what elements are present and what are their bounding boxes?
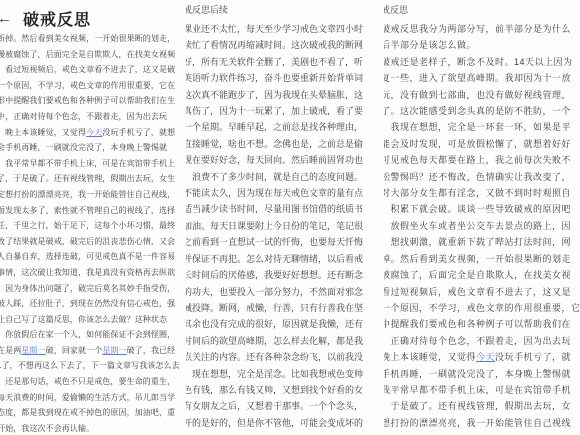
text-line: ，浪费不了多少时间，就是自己的态度问题。 [186, 169, 374, 185]
text-segment: 续忙了看情况再缩减时间。这次破戒我的断网 [186, 40, 363, 50]
text-segment: 现在要好好念，每天回向。然后睡前固肾功也 [186, 155, 363, 165]
text-line: 我平常早都不带手机上床，可是在宾馆带手机 [384, 382, 580, 398]
text-segment: 点关注的内容。还有各种杂念纷飞，以前我没 [186, 352, 363, 362]
text-segment: ，积累下就会破。谈谈一些导致破戒的原因吧 [384, 204, 571, 214]
text-line: 看过短视频后，戒色文章看不进去了，这又是 [384, 284, 580, 300]
text-segment: 1了，不想再这么下去了，下一篇文章写我该怎么去 [0, 361, 180, 370]
date-link[interactable]: 今天 [476, 352, 495, 362]
note-title: 破戒反思 [23, 7, 91, 30]
text-segment: 。还是那句话，戒色不只是戒色，要生命的重生， [0, 377, 175, 386]
text-line: 后半部分是该怎么做。 [384, 37, 580, 53]
text-line: ，晚上本该睡觉，又觉得今天没玩手机亏了，就想 [0, 125, 181, 141]
text-segment: 松警惕吗？还不悔改，色情确实让我改变了， [384, 172, 571, 182]
text-segment: 每天浪费的时间，爱偷懒的生活方式，吊儿郎当学 [0, 393, 175, 402]
text-line: 了。这次能感受到念头真的是防不胜防，一个 [384, 103, 580, 119]
back-arrow-icon[interactable]: ← [0, 10, 12, 28]
text-segment: 晚上本该睡觉，又觉得 [384, 352, 476, 362]
text-segment: ，浪费不了多少时间，就是自己的态度问题。 [186, 172, 363, 182]
text-segment: 被腐蚀了，后面完全是自欺欺人，在找美女视 [384, 270, 571, 280]
date-link[interactable]: 今天 [86, 128, 102, 137]
text-segment: 直接睡觉，啥也不想。念佛也是，之前总是偷 [186, 139, 363, 149]
text-line: 人自暴自弃，选择连破，可见戒色真不是一件容易 [0, 249, 181, 265]
text-segment: 态度，都是我到现在戒不掉色的原因，加油吧，重 [0, 408, 175, 417]
text-segment: 一个星期。早睡早起，之前总是找各种理由， [186, 122, 363, 132]
text-line: 加油。每天日课要附上今日份的笔记，笔记很 [186, 218, 374, 234]
text-segment: 在是两 [0, 346, 21, 355]
note-page-reflection: 戒反思 破戒反思我分为两部分写，前半部分是为什么后半部分是该怎么做。破戒还是老样… [384, 0, 580, 435]
text-segment: 破戒还是老样子，断念不及时。14天以上因为 [384, 57, 573, 67]
date-link[interactable]: 星期一 [102, 346, 126, 355]
text-line: 定想打扮的漂漂亮亮，我一开始能管住自己视线， [0, 187, 181, 203]
text-line: 课业还不太忙，每天至少学习戒色文章四小时 [186, 21, 374, 37]
note-page-current: ← 破戒反思 断掉。然后看到美女视频，一开始很果断的划走，慢被腐蚀了，后面完全是… [0, 0, 181, 435]
text-segment: 事情，这次破让我知道，我是真没有资格再去纵欲 [0, 268, 175, 277]
text-segment: 致了结果就是破戒，破完后的沮丧悲伤心情，又会 [0, 237, 175, 246]
text-segment: 慢被腐蚀了，后面完全是自欺欺人，在找美女视频 [0, 50, 175, 59]
text-line: ，你放假后在家一个人，如何能保证不会到怪圈， [0, 327, 181, 343]
text-line: 的功夫，也要投入一部分努力，不然面对邪念 [186, 284, 374, 300]
text-line: 长时间后的厌倦感，我要好好想想。还有断念 [186, 267, 374, 283]
text-line: 不能读太久，因为现在每天戒色文章的量有点 [186, 185, 374, 201]
text-segment: 人自暴自弃，选择连破，可见戒色真不是一件容易 [0, 252, 175, 261]
text-line: 被腐蚀了，后面完全是自欺欺人，在找美女视 [384, 267, 580, 283]
note-page-followup: 戒反思后续 课业还不太忙，每天至少学习戒色文章四小时续忙了看情况再缩减时间。这次… [186, 0, 374, 435]
text-segment: 对大部分女生都有淫念，又做不到时时观照自 [384, 188, 571, 198]
text-line: 械投降。断网，戒懒，行善，只有行善我在坚 [186, 300, 374, 316]
text-segment: 好，所有无关软件全删了，美剧也不看了，听 [186, 57, 363, 67]
text-segment: 中，正确对待每个色念，不跟着走，因为出去玩 [0, 112, 167, 121]
text-segment: 破了，我已经 [127, 346, 176, 355]
text-line: 时间后的欲望高峰期，怎么样去化解，都是我 [186, 333, 374, 349]
text-segment: 形中提醒我们要戒色和各种例子可以帮助我们在生 [0, 96, 175, 105]
text-line: 这次真不能跑步了，因为我现在头晕脑胀，这 [186, 87, 374, 103]
text-line: 中，正确对待每个色念，不跟着走，因为出去玩 [0, 109, 181, 125]
text-segment: 破戒反思我分为两部分写，前半部分是为什么 [384, 24, 571, 34]
note-body-2: 课业还不太忙，每天至少学习戒色文章四小时续忙了看情况再缩减时间。这次破戒我的断网… [186, 21, 374, 431]
text-line: 慢被腐蚀了，后面完全是自欺欺人，在找美女视频 [0, 47, 181, 63]
text-segment: ，于是破了。还有视线管理，假期出去玩，女 [384, 401, 571, 411]
text-segment: 了。这次能感受到念头真的是防不胜防，一个 [384, 106, 571, 116]
text-line: 点关注的内容。还有各种杂念纷飞，以前我没 [186, 349, 374, 365]
text-segment: 复一些，进入了欲望高峰期。我却因为十一放 [384, 73, 571, 83]
text-line: 复一些，进入了欲望高峰期。我却因为十一放 [384, 70, 580, 86]
text-line: ，想找刺激，就重新下载了哔站打法时间，网 [384, 234, 580, 250]
text-line: 晚上本该睡觉，又觉得今天没玩手机亏了，就 [384, 349, 580, 365]
text-segment: 。看过短视频后，戒色文章看不进去了，这又是破 [0, 65, 175, 74]
text-line: 断掉。然后看到美女视频，一开始很果断的划走， [0, 31, 181, 47]
text-segment: ，你放假后在家一个人，如何能保证不会到怪圈， [0, 330, 175, 339]
text-line: 手机再睡，一刷就没完没了，本身晚上警惕就 [384, 366, 580, 382]
text-line: 。看过短视频后，戒色文章看不进去了，这又是破 [0, 62, 181, 78]
text-line: 破戒还是老样子，断念不及时。14天以上因为 [384, 54, 580, 70]
text-segment: 我平常早都不带手机上床，可是在宾馆带手机 [384, 385, 571, 395]
text-line: 可见戒色每天都要在路上，我之前每次失败不 [384, 152, 580, 168]
text-segment: 并保证不再犯。怎么对待无聊情绪，以后看戒 [186, 254, 363, 264]
text-segment: 破，回家就一个 [46, 346, 103, 355]
text-segment: 定想打扮的漂漂亮亮，我一开始能管住自己视线， [0, 190, 175, 199]
text-line: 真伤了，因为十一玩累了，加上破戒，看了要 [186, 103, 374, 119]
text-segment: 开始，我这次不会再认输。 [0, 424, 94, 433]
text-line: 能会及时发现，可是放假松懈了，就想着好好 [384, 136, 580, 152]
text-line: 英语听力软件练习，奋斗也要重新开始背单词 [186, 70, 374, 86]
note-header-3: 戒反思 [384, 3, 577, 17]
text-segment: 想打扮的漂漂亮亮，我一开始能管住自己视线 [384, 418, 571, 428]
text-line: 事情，这次破让我知道，我是真没有资格再去纵欲 [0, 265, 181, 281]
text-line: 玩，没有做到七部曲，也没有做好视线管理， [384, 87, 580, 103]
text-segment: ，我现在想想，完全是一环套一环，如果是平 [384, 122, 571, 132]
note-header-2: 戒反思后续 [186, 3, 371, 17]
text-segment: 有女朋友之后，又想着干那事。一个个念头， [186, 401, 363, 411]
note-titlebar: ← 破戒反思 [0, 7, 181, 30]
text-segment: ，想找刺激，就重新下载了哔站打法时间，网 [384, 237, 571, 247]
text-segment: 后半部分是该怎么做。 [384, 40, 476, 50]
text-line: 现在要好好念，每天回向。然后睡前固肾功也 [186, 152, 374, 168]
text-line: 让自己写了这篇反思，你该怎么去做？这种状态 [0, 312, 181, 328]
text-segment: 会手机再睡，一刷就没完没了，本身晚上警惕就 [0, 143, 167, 152]
text-line: 在是两星期一破，回家就一个星期一破了，我已经 [0, 343, 181, 359]
text-segment: 手机再睡，一刷就没完没了，本身晚上警惕就 [384, 369, 571, 379]
text-segment: 长时间后的厌倦感，我要好好想想。还有断念 [186, 270, 363, 280]
text-line: 一个原因，不学习，戒色文章的作用很重要，它在 [0, 78, 181, 94]
text-line: ，正确对待每个色念，不跟着走，因为出去玩 [384, 333, 580, 349]
text-segment: 其余也没有完成的很好，原因就是我懒，还有 [186, 319, 363, 329]
text-segment: 任，千里之行，始于足下，这每个小坏习惯，最终 [0, 221, 175, 230]
text-line: 开的是好的，但是你不管他，可能会变成坏的 [186, 415, 374, 431]
text-segment: 色有钱，那么有钱又帅，又想到找个好看的女 [186, 385, 363, 395]
text-line: 面发现太多了，索性就不管理自己的视线了，选择 [0, 203, 181, 219]
text-segment: 开的是好的，但是你不管他，可能会变成坏的 [186, 418, 363, 428]
text-line: 并保证不再犯。怎么对待无聊情绪，以后看戒 [186, 251, 374, 267]
text-segment: 断掉。然后看到美女视频，一开始很果断的划走， [0, 34, 175, 43]
text-line: 色有钱，那么有钱又帅，又想到找个好看的女 [186, 382, 374, 398]
text-segment: 这次真不能跑步了，因为我现在头晕脑胀，这 [186, 90, 363, 100]
text-line: 好，所有无关软件全删了，美剧也不看了，听 [186, 54, 374, 70]
text-line: ，现在想想，完全是淫念。比如我想戒色变帅 [186, 366, 374, 382]
text-line: ，积累下就会破。谈谈一些导致破戒的原因吧 [384, 201, 580, 217]
text-segment: 可见戒色每天都要在路上，我之前每次失败不 [384, 155, 571, 165]
text-segment: 没玩手机亏了，就想 [102, 128, 175, 137]
text-segment: 让自己写了这篇反思，你该怎么去做？这种状态 [0, 315, 167, 324]
text-segment: ，放假坐火车或者坐公交车去景点的路上，因 [384, 221, 571, 231]
text-line: ，于是破了。还有视线管理，假期出去玩，女 [384, 398, 580, 414]
text-line: ，我平常早都不带手机上床，可是在宾馆带手机上 [0, 156, 181, 172]
text-segment: 被人踩，还拉肚子，到现在仍然没有信心戒色，强 [0, 299, 175, 308]
text-line: 被人踩，还拉肚子，到现在仍然没有信心戒色，强 [0, 296, 181, 312]
text-segment: 加油。每天日课要附上今日份的笔记，笔记很 [186, 221, 363, 231]
text-segment: 了，于是破了。还有视线管理，假期出去玩，女生 [0, 174, 175, 183]
text-segment: 不能读太久，因为现在每天戒色文章的量有点 [186, 188, 363, 198]
text-segment: ，晚上本该睡觉，又觉得 [0, 128, 86, 137]
text-segment: ，正确对待每个色念，不跟着走，因为出去玩 [384, 336, 571, 346]
text-line: 开始，我这次不会再认输。 [0, 421, 181, 435]
text-segment: ，现在想想，完全是淫念。比如我想戒色变帅 [186, 369, 363, 379]
text-segment: 时间后的欲望高峰期，怎么样去化解，都是我 [186, 336, 363, 346]
text-line: 掉。然后看到美女视频，一开始很果断的划走 [384, 251, 580, 267]
text-segment: 真伤了，因为十一玩累了，加上破戒，看了要 [186, 106, 363, 116]
text-line: 形中提醒我们要戒色和各种例子可以帮助我们在生 [0, 93, 181, 109]
note-body-3: 破戒反思我分为两部分写，前半部分是为什么后半部分是该怎么做。破戒还是老样子，断念… [384, 21, 580, 431]
text-line: 了，于是破了。还有视线管理，假期出去玩，女生 [0, 171, 181, 187]
text-segment: 英语听力软件练习，奋斗也要重新开始背单词 [186, 73, 363, 83]
text-segment: 面发现太多了，索性就不管理自己的视线了，选择 [0, 206, 175, 215]
text-segment: 中提醒我们要戒色和各种例子可以帮助我们在 [384, 319, 571, 329]
notes-app-screenshot: ← 破戒反思 断掉。然后看到美女视频，一开始很果断的划走，慢被腐蚀了，后面完全是… [0, 0, 580, 435]
text-line: 每天浪费的时间，爱偷懒的生活方式，吊儿郎当学 [0, 390, 181, 406]
text-line: 会手机再睡，一刷就没完没了，本身晚上警惕就 [0, 140, 181, 156]
text-line: 想打扮的漂漂亮亮，我一开始能管住自己视线 [384, 415, 580, 431]
text-line: 续忙了看情况再缩减时间。这次破戒我的断网 [186, 37, 374, 53]
text-segment: 玩，没有做到七部曲，也没有做好视线管理， [384, 90, 571, 100]
text-segment: 的功夫，也要投入一部分努力，不然面对邪念 [186, 287, 363, 297]
text-segment: 适当减少读书时间，尽量用图书馆借的纸质书 [186, 204, 363, 214]
text-segment: ，我平常早都不带手机上床，可是在宾馆带手机上 [0, 159, 175, 168]
text-line: 其余也没有完成的很好，原因就是我懒，还有 [186, 316, 374, 332]
text-segment: 之前看到一直想试一试的忏悔，也要每天忏悔 [186, 237, 363, 247]
text-line: 破戒反思我分为两部分写，前半部分是为什么 [384, 21, 580, 37]
text-segment: 能会及时发现，可是放假松懈了，就想着好好 [384, 139, 571, 149]
text-segment: 看过短视频后，戒色文章看不进去了，这又是 [384, 287, 571, 297]
text-line: 任，千里之行，始于足下，这每个小坏习惯，最终 [0, 218, 181, 234]
text-line: 中提醒我们要戒色和各种例子可以帮助我们在 [384, 316, 580, 332]
text-line: ，放假坐火车或者坐公交车去景点的路上，因 [384, 218, 580, 234]
text-line: 一个原因，不学习，戒色文章的作用很重要，它 [384, 300, 580, 316]
text-line: 直接睡觉，啥也不想。念佛也是，之前总是偷 [186, 136, 374, 152]
text-line: ，因为身体出问题了，破完后莫名其妙手指受伤， [0, 281, 181, 297]
text-line: 有女朋友之后，又想着干那事。一个个念头， [186, 398, 374, 414]
text-segment: 课业还不太忙，每天至少学习戒色文章四小时 [186, 24, 363, 34]
text-segment: 一个原因，不学习，戒色文章的作用很重要，它在 [0, 81, 175, 90]
text-line: 之前看到一直想试一试的忏悔，也要每天忏悔 [186, 234, 374, 250]
text-segment: 掉。然后看到美女视频，一开始很果断的划走 [384, 254, 571, 264]
text-line: 1了，不想再这么下去了，下一篇文章写我该怎么去 [0, 358, 181, 374]
text-line: 致了结果就是破戒，破完后的沮丧悲伤心情，又会 [0, 234, 181, 250]
text-line: 态度，都是我到现在戒不掉色的原因，加油吧，重 [0, 405, 181, 421]
text-line: 对大部分女生都有淫念，又做不到时时观照自 [384, 185, 580, 201]
text-segment: 械投降。断网，戒懒，行善，只有行善我在坚 [186, 303, 363, 313]
text-segment: ，因为身体出问题了，破完后莫名其妙手指受伤， [0, 284, 175, 293]
text-line: 松警惕吗？还不悔改，色情确实让我改变了， [384, 169, 580, 185]
text-line: 适当减少读书时间，尽量用图书馆借的纸质书 [186, 201, 374, 217]
text-line: 一个星期。早睡早起，之前总是找各种理由， [186, 119, 374, 135]
date-link[interactable]: 星期一 [21, 346, 45, 355]
note-body-1: 断掉。然后看到美女视频，一开始很果断的划走，慢被腐蚀了，后面完全是自欺欺人，在找… [0, 31, 181, 435]
text-line: ，我现在想想，完全是一环套一环，如果是平 [384, 119, 580, 135]
text-line: 。还是那句话，戒色不只是戒色，要生命的重生， [0, 374, 181, 390]
text-segment: 没玩手机亏了，就 [495, 352, 571, 362]
text-segment: 一个原因，不学习，戒色文章的作用很重要，它 [384, 303, 580, 313]
